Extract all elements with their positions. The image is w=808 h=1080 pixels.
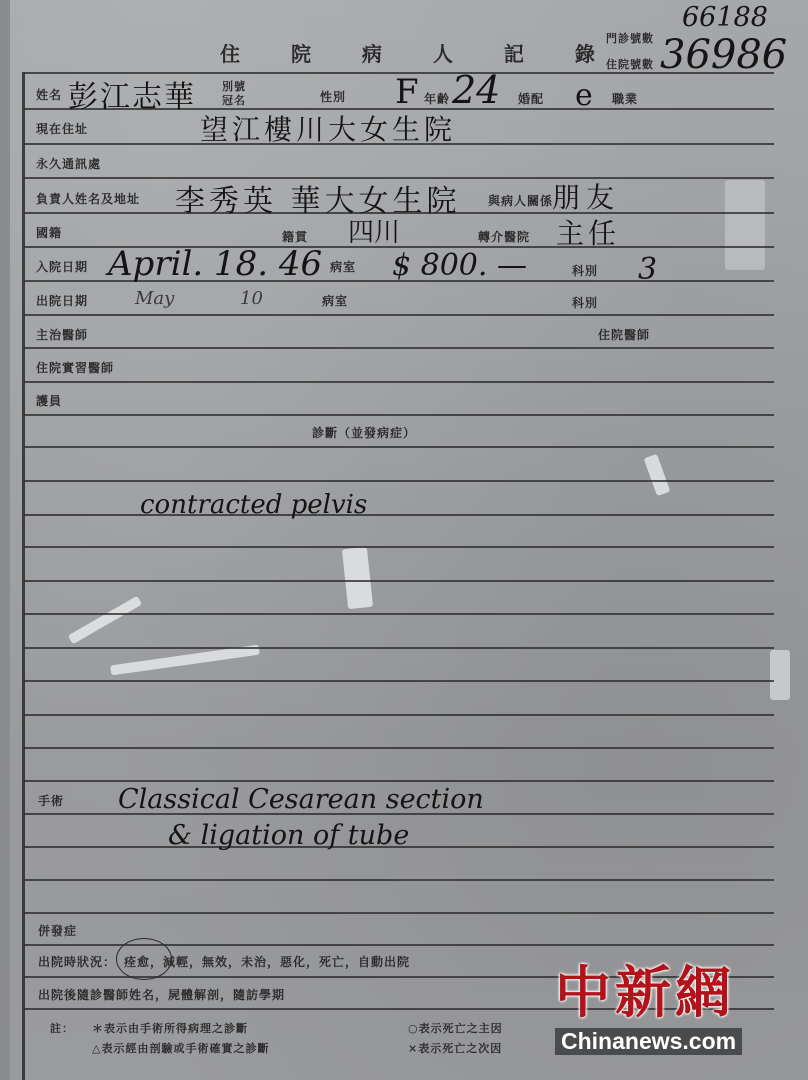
damage-mark bbox=[68, 596, 142, 645]
dept-value: 3 bbox=[638, 252, 657, 287]
relationship-value: 朋友 bbox=[552, 176, 620, 216]
inpatient-number-label: 住院號數 bbox=[606, 56, 654, 72]
rule bbox=[24, 747, 774, 749]
current-address-label: 現在住址 bbox=[36, 120, 88, 137]
age-label: 年齡 bbox=[424, 90, 450, 107]
rule bbox=[24, 314, 774, 316]
rule bbox=[24, 647, 774, 649]
ward-label: 病室 bbox=[330, 258, 356, 275]
discharge-status-label: 出院時狀況： bbox=[38, 953, 116, 970]
rule bbox=[24, 714, 774, 716]
surgery-value-line2: & ligation of tube bbox=[168, 820, 409, 851]
rule bbox=[24, 414, 774, 416]
discharge-dept-label: 科別 bbox=[572, 294, 598, 311]
followup-autopsy-label: 出院後隨診醫師姓名，屍體解剖，隨訪學期 bbox=[38, 986, 285, 1003]
nationality-label: 國籍 bbox=[36, 224, 62, 241]
scanned-record-page: 住 院 病 人 記 錄 門診號數 住院號數 66188 36986 姓名 彭江志… bbox=[0, 0, 808, 1080]
rule bbox=[24, 680, 774, 682]
rule bbox=[24, 446, 774, 448]
sex-value: F bbox=[395, 72, 419, 112]
note-label: 註： bbox=[50, 1020, 74, 1036]
note-line-4: ×表示死亡之次因 bbox=[408, 1040, 502, 1056]
diagnosis-label: 診斷（並發病症） bbox=[312, 424, 416, 441]
selected-status-circle bbox=[116, 938, 172, 980]
diagnosis-value: contracted pelvis bbox=[140, 490, 367, 520]
rule bbox=[24, 912, 774, 914]
discharge-date-value: May 10 bbox=[135, 288, 263, 309]
handwritten-number-1: 66188 bbox=[682, 2, 768, 33]
relationship-label: 與病人關係 bbox=[488, 192, 553, 209]
occupation-label: 職業 bbox=[612, 90, 638, 107]
rule bbox=[24, 347, 774, 349]
rule bbox=[24, 580, 774, 582]
discharge-ward-label: 病室 bbox=[322, 292, 348, 309]
sex-label: 性別 bbox=[320, 88, 346, 105]
dept-label: 科別 bbox=[572, 262, 598, 279]
form-title: 住 院 病 人 記 錄 bbox=[220, 38, 617, 67]
discharge-date-label: 出院日期 bbox=[36, 292, 88, 309]
rule bbox=[24, 879, 774, 881]
age-value: 24 bbox=[452, 68, 500, 112]
rule bbox=[24, 480, 774, 482]
referral-value: 主任 bbox=[556, 212, 620, 252]
page-edge bbox=[0, 0, 10, 1080]
permanent-address-label: 永久通訊處 bbox=[36, 155, 101, 172]
guardian-label: 負責人姓名及地址 bbox=[36, 190, 140, 207]
rule bbox=[24, 546, 774, 548]
intern-label: 住院實習醫師 bbox=[36, 359, 114, 376]
watermark-english: Chinanews.com bbox=[555, 1028, 742, 1055]
former-name-label: 別號 冠名 bbox=[222, 80, 248, 108]
rule bbox=[24, 780, 774, 782]
resident-physician-label: 住院醫師 bbox=[598, 326, 650, 343]
note-line-1: ＊表示由手術所得病理之診斷 bbox=[92, 1020, 248, 1036]
current-address-value: 望江樓川大女生院 bbox=[200, 108, 456, 148]
damage-mark bbox=[770, 650, 790, 700]
admission-date-label: 入院日期 bbox=[36, 258, 88, 275]
damage-mark bbox=[110, 645, 260, 676]
damage-mark bbox=[342, 547, 373, 609]
outpatient-number-label: 門診號數 bbox=[606, 30, 654, 46]
damage-mark bbox=[644, 454, 671, 496]
name-label: 姓名 bbox=[36, 86, 62, 103]
complications-label: 併發症 bbox=[38, 922, 77, 939]
damage-mark bbox=[725, 180, 765, 270]
rule bbox=[24, 613, 774, 615]
surgery-value-line1: Classical Cesarean section bbox=[118, 784, 484, 815]
rule bbox=[24, 514, 774, 516]
chinanews-watermark: 中新網 Chinanews.com bbox=[555, 960, 755, 1055]
surgery-label: 手術 bbox=[38, 792, 64, 809]
admission-date-value: April. 18. 46 bbox=[108, 244, 322, 284]
marital-label: 婚配 bbox=[518, 90, 544, 107]
note-line-2: △表示經由剖驗或手術確實之診斷 bbox=[92, 1040, 269, 1056]
form-left-border bbox=[22, 72, 25, 1080]
rule bbox=[24, 381, 774, 383]
watermark-chinese: 中新網 bbox=[555, 960, 755, 1026]
marital-value: e bbox=[575, 78, 593, 113]
fee-value: $ 800. — bbox=[392, 248, 527, 283]
native-place-label: 籍貫 bbox=[282, 228, 308, 245]
attending-physician-label: 主治醫師 bbox=[36, 326, 88, 343]
nurse-label: 護員 bbox=[36, 392, 62, 409]
name-value: 彭江志華 bbox=[68, 72, 196, 116]
note-line-3: ○表示死亡之主因 bbox=[408, 1020, 503, 1036]
referral-label: 轉介醫院 bbox=[478, 228, 530, 245]
guardian-value: 李秀英 華大女生院 bbox=[175, 176, 461, 220]
native-place-value: 四川 bbox=[348, 212, 400, 249]
